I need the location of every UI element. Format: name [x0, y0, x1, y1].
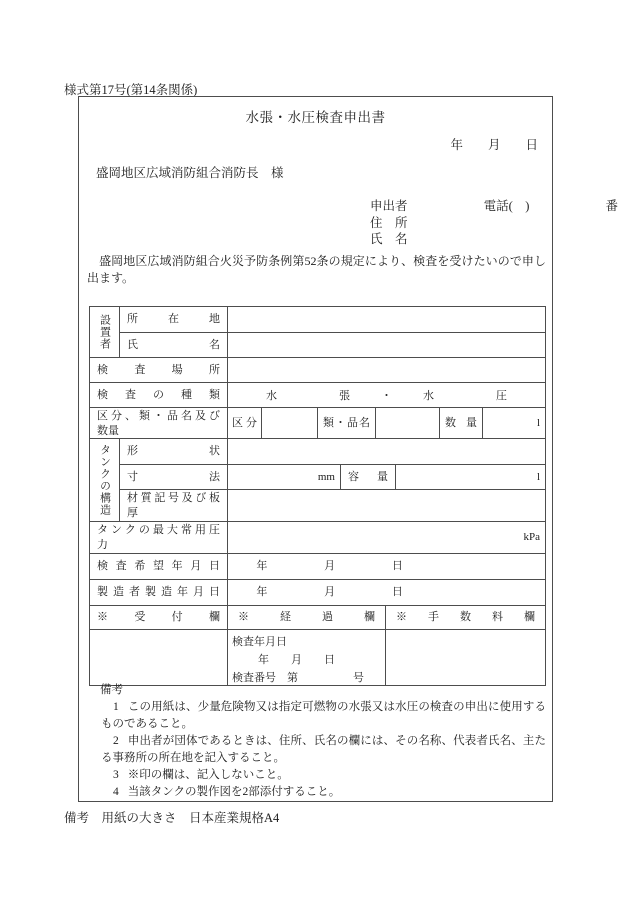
- type-part: 水: [423, 387, 434, 403]
- installer-group-label: 設置者: [97, 314, 113, 350]
- note-item: 4当該タンクの製作図を2部添付すること。: [89, 784, 546, 801]
- applicant-address-label: 住 所: [370, 215, 618, 232]
- category-label: 区分: [227, 408, 261, 438]
- table-row-installer: 設置者 所在地 氏名: [90, 307, 545, 357]
- note-text: 当該タンクの製作図を2部添付すること。: [128, 786, 341, 798]
- applicant-phone: 電話( ): [484, 198, 530, 215]
- installer-group-cell: 設置者: [90, 307, 119, 357]
- year-unit: 年: [228, 580, 296, 605]
- tank-dimension-input: mm: [227, 465, 340, 489]
- tank-dimension-label: 寸法: [119, 465, 227, 489]
- installer-name-label: 氏名: [119, 333, 227, 357]
- table-row-tank: タンクの構造 形状 寸法 mm 容量 l 材質記号及び: [90, 438, 545, 521]
- quantity-unit: l: [537, 417, 540, 429]
- desired-date-value: 年 月 日: [227, 554, 545, 579]
- inspection-type-label: 検査の種類: [90, 383, 227, 407]
- month-unit: 月: [296, 554, 364, 579]
- note-item: 2申出者が団体であるときは、住所、氏名の欄には、その名称、代表者氏名、主たる事務…: [89, 733, 546, 767]
- table-row-pressure: タンクの最大常用圧 力 kPa: [90, 521, 545, 553]
- applicant-row: 申出者 電話( ) 番: [370, 198, 618, 215]
- max-pressure-label-line2: 力: [97, 538, 220, 553]
- max-pressure-label-line1: タンクの最大常用圧: [97, 523, 220, 538]
- day-unit: 日: [364, 580, 432, 605]
- desired-date-label: 検査希望年月日: [90, 554, 227, 579]
- max-pressure-input: kPa: [227, 522, 545, 553]
- notes-heading: 備考: [89, 682, 546, 699]
- item-name-label: 類・品名: [317, 408, 375, 438]
- inspection-place-input: [227, 358, 545, 382]
- inspection-place-label: 検査場所: [90, 358, 227, 382]
- manufacture-date-label: 製造者製造年月日: [90, 580, 227, 605]
- table-row-classification: 区分、類・品名及び 数量 区分 類・品名 数量 l: [90, 407, 545, 438]
- tank-shape-input: [227, 439, 545, 464]
- note-number: 2: [113, 735, 119, 747]
- type-part: 水: [266, 387, 277, 403]
- year-unit: 年: [228, 554, 296, 579]
- quantity-input: l: [482, 408, 545, 438]
- type-part: ・: [381, 387, 392, 403]
- type-part: 張: [339, 387, 350, 403]
- capacity-unit: l: [537, 471, 540, 483]
- notes-section: 備考 1この用紙は、少量危険物又は指定可燃物の水張又は水圧の検査の申出に使用する…: [89, 682, 546, 801]
- table-row-office-headers: ※受付欄 ※経過欄 ※手数料欄: [90, 605, 545, 629]
- declaration-text: 盛岡地区広域消防組合火災予防条例第52条の規定により、検査を受けたいので申し出ま…: [87, 253, 546, 287]
- day-unit: 日: [364, 554, 432, 579]
- tank-capacity-input: l: [395, 465, 545, 489]
- tank-group-label: タンクの構造: [97, 444, 113, 516]
- note-item: 1この用紙は、少量危険物又は指定可燃物の水張又は水圧の検査の申出に使用するもので…: [89, 699, 546, 733]
- reception-cell: [90, 630, 227, 685]
- table-row-manufacture-date: 製造者製造年月日 年 月 日: [90, 579, 545, 605]
- note-text: この用紙は、少量危険物又は指定可燃物の水張又は水圧の検査の申出に使用するものであ…: [101, 701, 546, 730]
- note-text: 申出者が団体であるときは、住所、氏名の欄には、その名称、代表者氏名、主たる事務所…: [101, 735, 546, 764]
- installer-name-input: [227, 333, 545, 357]
- note-number: 4: [113, 786, 119, 798]
- header-date-line: 年 月 日: [450, 135, 538, 153]
- form-border-box: 水張・水圧検査申出書 年 月 日 盛岡地区広域消防組合消防長 様 申出者 電話(…: [78, 96, 553, 802]
- table-row-office-content: 検査年月日 年 月 日 検査番号 第 号: [90, 629, 545, 685]
- table-row-type: 検査の種類 水 張 ・ 水 圧: [90, 382, 545, 407]
- quantity-label: 数量: [439, 408, 482, 438]
- item-name-input: [375, 408, 439, 438]
- type-part: 圧: [496, 387, 507, 403]
- applicant-phone-suffix: 番: [605, 198, 618, 215]
- note-number: 1: [113, 701, 119, 713]
- tank-material-label-line2: 厚: [127, 506, 220, 521]
- applicant-name-label: 氏 名: [370, 231, 618, 248]
- tank-group-cell: タンクの構造: [90, 439, 119, 521]
- dimension-unit: mm: [318, 471, 335, 483]
- tank-shape-label: 形状: [119, 439, 227, 464]
- classification-label: 区分、類・品名及び 数量: [90, 408, 227, 438]
- tank-material-label-line1: 材質記号及び板: [127, 491, 220, 506]
- manufacture-date-value: 年 月 日: [227, 580, 545, 605]
- reception-column-header: ※受付欄: [90, 606, 227, 629]
- pressure-unit: kPa: [524, 531, 541, 543]
- installer-address-input: [227, 307, 545, 332]
- addressee-line: 盛岡地区広域消防組合消防長 様: [96, 163, 284, 181]
- note-number: 3: [113, 769, 119, 781]
- category-input: [261, 408, 317, 438]
- tank-capacity-label: 容量: [340, 465, 395, 489]
- fee-column-header: ※手数料欄: [385, 606, 545, 629]
- classification-label-line2: 数量: [97, 424, 220, 438]
- month-unit: 月: [296, 580, 364, 605]
- table-row-desired-date: 検査希望年月日 年 月 日: [90, 553, 545, 579]
- fee-cell: [385, 630, 545, 685]
- table-row-place: 検査場所: [90, 357, 545, 382]
- paper-size-note: 備考 用紙の大きさ 日本産業規格A4: [64, 808, 279, 826]
- max-pressure-label: タンクの最大常用圧 力: [90, 522, 227, 553]
- installer-address-label: 所在地: [119, 307, 227, 332]
- document-page: 様式第17号(第14条関係) 水張・水圧検査申出書 年 月 日 盛岡地区広域消防…: [0, 0, 630, 903]
- note-text: ※印の欄は、記入しないこと。: [128, 769, 289, 781]
- applicant-block: 申出者 電話( ) 番 住 所 氏 名: [370, 198, 618, 248]
- tank-material-input: [227, 490, 545, 521]
- classification-label-line1: 区分、類・品名及び: [97, 409, 220, 424]
- inspection-type-value: 水 張 ・ 水 圧: [227, 383, 545, 407]
- progress-column-header: ※経過欄: [227, 606, 385, 629]
- application-table: 設置者 所在地 氏名 検査場所: [89, 306, 546, 686]
- tank-material-label: 材質記号及び板 厚: [119, 490, 227, 521]
- form-title: 水張・水圧検査申出書: [79, 106, 552, 126]
- applicant-label: 申出者: [370, 198, 408, 215]
- note-item: 3※印の欄は、記入しないこと。: [89, 767, 546, 784]
- progress-cell: 検査年月日 年 月 日 検査番号 第 号: [227, 630, 385, 685]
- progress-date-units: 年 月 日: [232, 651, 381, 669]
- progress-inspection-date-label: 検査年月日: [232, 633, 381, 651]
